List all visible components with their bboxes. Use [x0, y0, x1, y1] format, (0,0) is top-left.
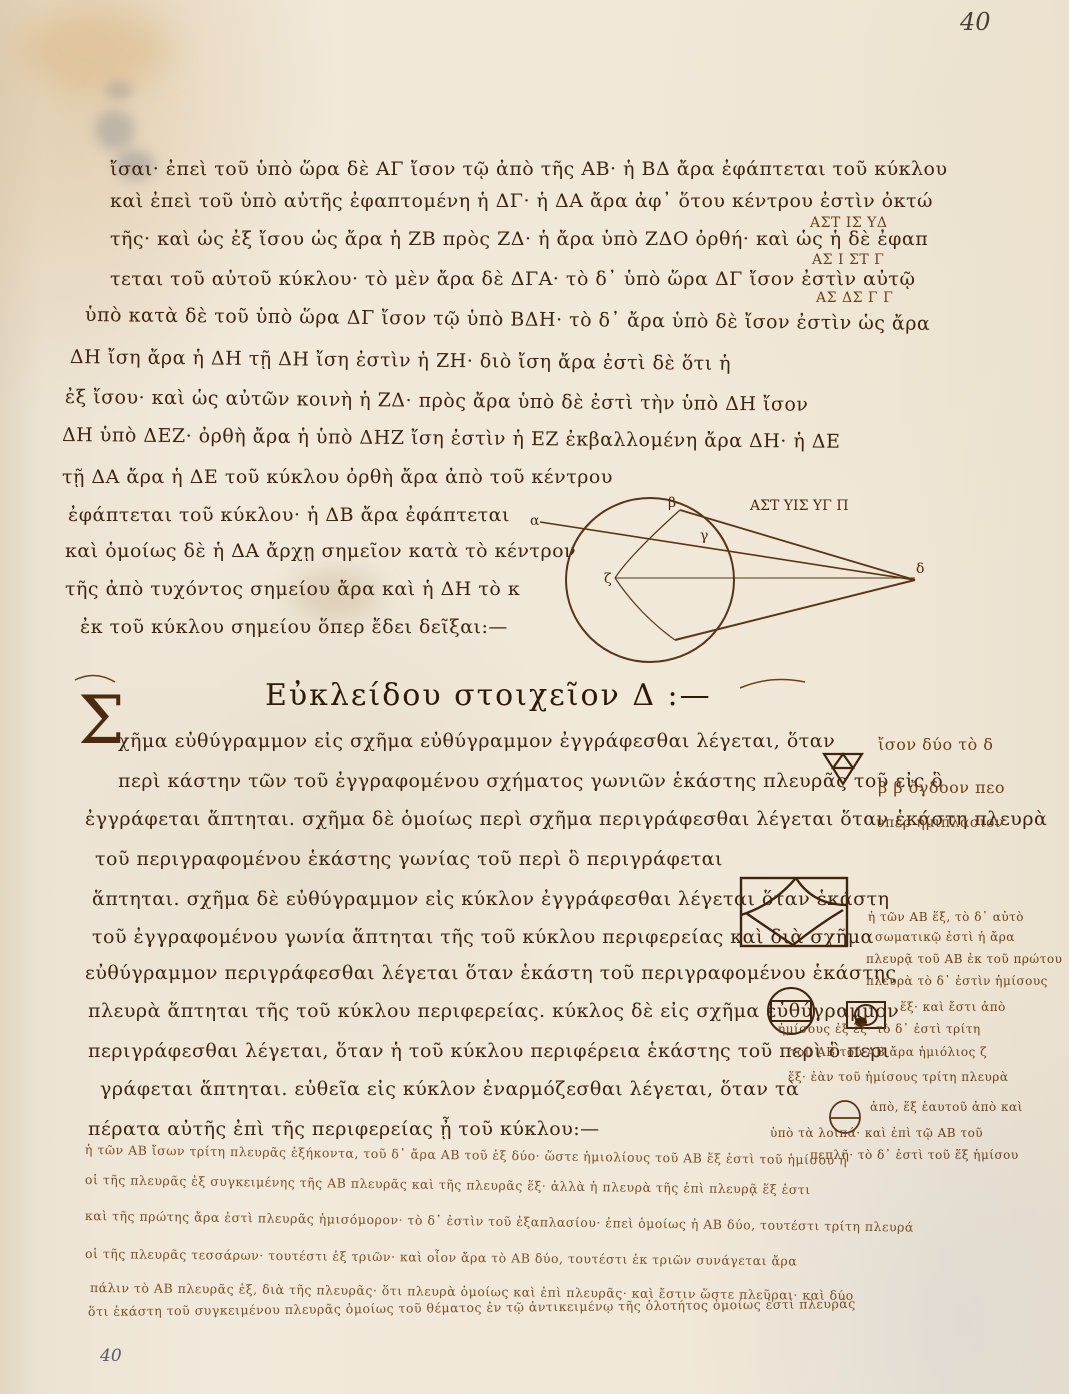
- text-line: τοῦ περιγραφομένου ἑκάστης γωνίας τοῦ πε…: [95, 848, 723, 870]
- folio-number: 40: [960, 8, 991, 36]
- text-line: καὶ ὁμοίως δὲ ἡ ΔΑ ἄρχῃ σημεῖον κατὰ τὸ …: [65, 540, 576, 562]
- text-line: ἐκ τοῦ κύκλου σημείου ὅπερ ἔδει δεῖξαι:—: [80, 616, 508, 638]
- text-line: εὐθύγραμμον περιγράφεσθαι λέγεται ὅταν ἑ…: [85, 962, 897, 984]
- margin-note: ἀπὸ, ἕξ ἑαυτοῦ ἀπὸ καὶ: [870, 1100, 1023, 1114]
- text-line: περιγράφεσθαι λέγεται, ὅταν ἡ τοῦ κύκλου…: [88, 1040, 890, 1062]
- water-stain: [95, 110, 135, 150]
- circle-tangent-figure: α β γ ζ δ ΑΣΤ ΥΙΣ ΥΓ Π: [530, 485, 930, 685]
- scholia-line: ἡ τῶν ΑΒ ἴσων τρίτη πλευρᾶς ἑξήκοντα, το…: [85, 1142, 847, 1168]
- margin-note: ἴσον δύο τὸ δ: [878, 735, 993, 754]
- point-label: α: [530, 513, 540, 529]
- text-line: τεται τοῦ αὐτοῦ κύκλου· τὸ μὲν ἄρα δὲ ΔΓ…: [110, 268, 915, 290]
- margin-note: β β ὄγδοον πεο: [878, 778, 1005, 797]
- scholia-line: καὶ τῆς πρώτης ἄρα ἐστὶ πλευρᾶς ἡμισόμορ…: [85, 1208, 914, 1235]
- text-line: πέρατα αὐτῆς ἐπὶ τῆς περιφερείας ᾖ τοῦ κ…: [88, 1118, 600, 1140]
- margin-note: ἕξ· ἐὰν τοῦ ἡμίσους τρίτη πλευρὰ: [788, 1070, 1008, 1084]
- text-line: τῆς ἀπὸ τυχόντος σημείου ἄρα καὶ ἡ ΔΗ τὸ…: [65, 578, 520, 600]
- point-label: δ: [916, 561, 924, 577]
- margin-note: ὑπὲρ ἡμιπλάσιον: [876, 815, 1004, 831]
- heading-flourish: [70, 670, 810, 700]
- text-line: ΔΗ ἴση ἄρα ἡ ΔΗ τῇ ΔΗ ἴση ἐστὶν ἡ ΖΗ· δι…: [70, 346, 731, 375]
- folio-number-bottom: 40: [100, 1346, 122, 1366]
- text-line: ΔΗ ὑπὸ ΔΕΖ· ὀρθὴ ἄρα ἡ ὑπὸ ΔΗΖ ἴση ἐστὶν…: [62, 424, 841, 453]
- text-line: ἐφάπτεται τοῦ κύκλου· ἡ ΔΒ ἄρα ἐφάπτεται: [68, 504, 510, 526]
- margin-note: ἕξ· καὶ ἔστι ἀπὸ: [900, 1000, 1006, 1014]
- margin-note: ἡμίσους ἐξ ἓξ· τὸ δ᾽ ἐστὶ τρίτη: [778, 1022, 981, 1036]
- triangle-inscribed-figure: [820, 750, 870, 790]
- point-label: γ: [700, 528, 708, 544]
- margin-note: πλευρᾷ τοῦ ΑΒ ἐκ τοῦ πρώτου: [866, 952, 1062, 966]
- margin-note: πλευρὰ τὸ δ᾽ ἐστὶν ἡμίσους: [866, 974, 1048, 988]
- scholia-line: ὅτι ἑκάστη τοῦ συγκειμένου πλευρᾶς ὁμοίω…: [88, 1296, 856, 1319]
- margin-note: ΑΣ Ι ΣΤ Γ: [812, 252, 884, 268]
- text-line: ἴσαι· ἐπεὶ τοῦ ὑπὸ ὥρα δὲ ΑΓ ἴσον τῷ ἀπὸ…: [110, 158, 948, 180]
- text-line: ἐξ ἴσου· καὶ ὡς αὐτῶν κοινὴ ἡ ΖΔ· πρὸς ἄ…: [65, 386, 809, 416]
- text-line: χῆμα εὐθύγραμμον εἰς σχῆμα εὐθύγραμμον ἐ…: [118, 730, 835, 752]
- scholia-line: οἱ τῆς πλευρᾶς τεσσάρων· τουτέστι ἐξ τρι…: [85, 1246, 797, 1268]
- margin-note: ὑπὸ τὰ λοιπά· καὶ ἐπὶ τῷ ΑΒ τοῦ: [770, 1126, 983, 1140]
- margin-note: τοῦ ΑΒ τοῦ ΑΒ ἄρα ἡμιόλιος ζ: [790, 1045, 987, 1059]
- decorated-initial: Σ: [78, 690, 108, 752]
- text-line: καὶ ἐπεὶ τοῦ ὑπὸ αὐτῆς ἐφαπτομένη ἡ ΔΓ· …: [110, 190, 933, 212]
- margin-note: ΑΣΤ ΙΣ ΥΔ: [810, 215, 888, 231]
- text-line: γράφεται ἅπτηται. εὐθεῖα εἰς κύκλον ἐναρ…: [100, 1078, 799, 1100]
- figure-annotation: ΑΣΤ ΥΙΣ ΥΓ Π: [749, 498, 849, 514]
- parchment-page: 40 40 ἴσαι· ἐπεὶ τοῦ ὑπὸ ὥρα δὲ ΑΓ ἴσον …: [0, 0, 1069, 1394]
- scholia-line: οἱ τῆς πλευρᾶς ἐξ συγκειμένης τῆς ΑΒ πλε…: [85, 1172, 811, 1197]
- point-label: ζ: [604, 571, 612, 587]
- margin-note: σωματικῷ ἐστὶ ἡ ἄρα: [875, 930, 1015, 944]
- rectangle-with-arcs-figure: [738, 875, 853, 950]
- text-line: ὑπὸ κατὰ δὲ τοῦ ὑπὸ ὥρα ΔΓ ἴσον τῷ ὑπὸ Β…: [85, 304, 931, 335]
- margin-note: ΑΣ ΔΣ Γ Γ: [816, 290, 893, 306]
- point-label: β: [668, 495, 676, 511]
- text-line: τῆς· καὶ ὡς ἐξ ἴσου ὡς ἄρα ἡ ΖΒ πρὸς ΖΔ·…: [110, 228, 928, 250]
- margin-note: ἡ τῶν ΑΒ ἕξ, τὸ δ᾽ αὐτὸ: [868, 910, 1024, 924]
- foxing-stain: [20, 10, 170, 90]
